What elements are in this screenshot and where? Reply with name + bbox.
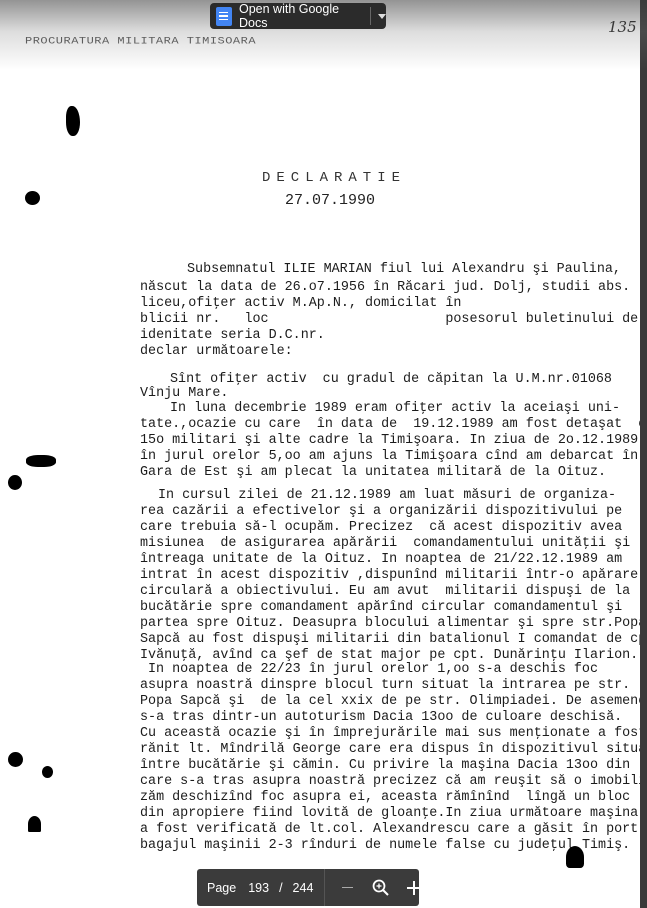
zoom-fit-button[interactable]	[372, 879, 390, 897]
document-text-line: 15o militari şi alte cadre la Timişoara.…	[140, 433, 638, 448]
document-text-line: care s-a tras asupra noastră precizez că…	[140, 774, 646, 789]
document-text-line: rănit lt. Mîndrilă George care era dispu…	[140, 742, 646, 757]
page-separator: /	[279, 881, 282, 895]
document-text-line: rea cazării a efectivelor şi a organizăr…	[140, 504, 622, 519]
document-text-line: zăm deschizînd foc asupra ei, aceasta ră…	[140, 790, 630, 805]
document-text-line: întreaga unitate de la Oituz. In noaptea…	[140, 552, 622, 567]
document-date: 27.07.1990	[285, 192, 375, 209]
document-text-line: partea spre Oituz. Deasupra blocului ali…	[140, 616, 646, 631]
document-text-line: născut la data de 26.o7.1956 în Răcari j…	[140, 280, 630, 295]
page-label: Page	[207, 881, 236, 895]
document-text-line: misiunea de asigurarea apărării comandam…	[140, 536, 630, 551]
document-text-line: intrat în acest dispozitiv ,dispunînd mi…	[140, 568, 638, 583]
document-text-line: Popa Sapcă şi de la cel xxix de pe str. …	[140, 694, 646, 709]
document-page: PROCURATURA MILITARA TIMISOARA 135 DECLA…	[0, 0, 640, 908]
ink-blot	[66, 106, 80, 136]
document-text-line: între bucătărie şi cămin. Cu privire la …	[140, 758, 630, 773]
zoom-in-button[interactable]	[407, 881, 419, 895]
document-title: DECLARATIE	[262, 170, 406, 186]
page-navigation-bar: Page 193 / 244	[197, 869, 419, 906]
viewer-scrollbar-edge[interactable]	[640, 0, 647, 908]
ink-blot	[26, 455, 56, 467]
document-text-line: Ivănuţă, avînd ca şef de stat major pe c…	[140, 648, 638, 663]
document-text-line: Subsemnatul ILIE MARIAN fiul lui Alexand…	[187, 262, 621, 277]
chevron-down-icon[interactable]	[378, 14, 386, 19]
ink-blot	[28, 816, 41, 832]
zoom-out-button[interactable]	[342, 887, 352, 889]
document-text-line: liceu,ofiţer activ M.Ap.N., domicilat în	[140, 296, 461, 311]
document-text-line: Sapcă au fost dispuşi militarii din bata…	[140, 632, 646, 647]
document-text-line: a fost verificată de lt.col. Alexandresc…	[140, 822, 646, 837]
document-text-line: declar următoarele:	[140, 344, 293, 359]
toolbar-divider	[370, 7, 371, 25]
ink-blot	[42, 766, 53, 778]
document-text-line: care trebuia să-l ocupăm. Precizez că ac…	[140, 520, 622, 535]
document-text-line: Sînt ofiţer activ cu gradul de căpitan l…	[170, 372, 612, 387]
magnifier-icon	[372, 879, 390, 897]
document-text-line: In noaptea de 22/23 în jurul orelor 1,oo…	[148, 662, 598, 677]
ink-blot	[8, 752, 23, 767]
google-docs-icon	[216, 7, 232, 26]
document-text-line: asupra noastră dinspre blocul turn situa…	[140, 678, 630, 693]
page-bar-divider	[324, 869, 325, 906]
document-text-line: Cu această ocazie şi în împrejurările ma…	[140, 726, 646, 741]
document-text-line: circulară a obiectivului. Eu am avut mil…	[140, 584, 630, 599]
document-header: PROCURATURA MILITARA TIMISOARA	[25, 35, 256, 47]
document-text-line: în jurul orelor 5,oo am ajuns la Timişoa…	[140, 449, 638, 464]
document-text-line: In luna decembrie 1989 eram ofiţer activ…	[170, 401, 620, 416]
document-text-line: s-a tras dintr-un autoturism Dacia 13oo …	[140, 710, 622, 725]
document-text-line: tate.,ocazie cu care în data de 19.12.19…	[140, 417, 646, 432]
open-with-google-docs-button[interactable]: Open with Google Docs	[239, 2, 363, 30]
document-text-line: blicii nr. loc posesorul buletinului de	[140, 312, 638, 327]
document-text-line: bagajul maşinii 2-3 rînduri de numele fa…	[140, 838, 630, 853]
open-with-google-docs-bar: Open with Google Docs	[210, 3, 386, 29]
document-text-line: In cursul zilei de 21.12.1989 am luat mă…	[158, 488, 616, 503]
ink-blot	[8, 475, 22, 490]
handwritten-page-number: 135	[608, 18, 637, 36]
document-text-line: idenitate seria D.C.nr.	[140, 328, 325, 343]
document-text-line: Gara de Est şi am plecat la unitatea mil…	[140, 465, 606, 480]
total-pages: 244	[293, 881, 314, 895]
document-text-line: Vînju Mare.	[140, 386, 228, 401]
ink-blot	[25, 191, 40, 205]
current-page-input[interactable]: 193	[248, 881, 269, 895]
document-text-line: bucătărie spre comandament apărînd circu…	[140, 600, 622, 615]
ink-blot	[566, 846, 584, 868]
document-text-line: din apropiere fiind lovită de gloanţe.In…	[140, 806, 638, 821]
